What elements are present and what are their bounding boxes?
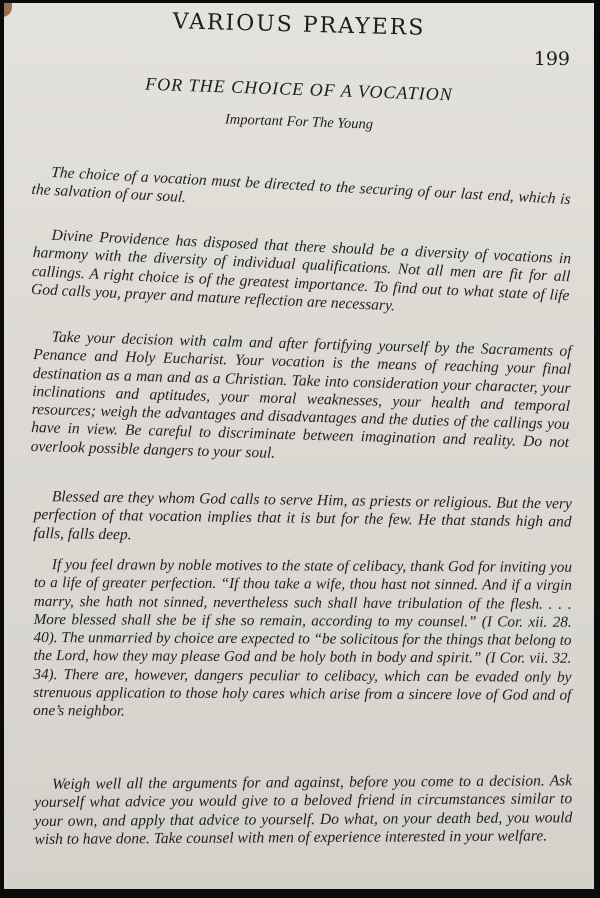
section-subtitle: Important For The Young: [4, 104, 594, 142]
paragraph-celibacy: If you feel drawn by noble motives to th…: [33, 556, 572, 723]
paragraph-divine-providence: Divine Providence has disposed that ther…: [31, 226, 572, 324]
section-title: FOR THE CHOICE OF A VOCATION: [4, 69, 594, 111]
paragraph-take-decision: Take your decision with calm and after f…: [30, 328, 571, 471]
page-number: 199: [534, 48, 570, 70]
paragraph-text: If you feel drawn by noble motives to th…: [33, 556, 572, 723]
paragraph-weigh-well: Weigh well all the arguments for and aga…: [34, 772, 572, 849]
paragraph-text: Divine Providence has disposed that ther…: [31, 226, 572, 324]
running-head: VARIOUS PRAYERS: [4, 5, 594, 45]
book-page: VARIOUS PRAYERS 199 FOR THE CHOICE OF A …: [4, 3, 594, 889]
paragraph-last-end: The choice of a vocation must be directe…: [31, 163, 571, 228]
paragraph-text: The choice of a vocation must be directe…: [31, 163, 571, 228]
paragraph-text: Take your decision with calm and after f…: [30, 328, 571, 471]
paragraph-text: Weigh well all the arguments for and aga…: [34, 772, 572, 849]
paragraph-text: Blessed are they whom God calls to serve…: [33, 488, 572, 550]
paragraph-blessed: Blessed are they whom God calls to serve…: [33, 488, 572, 550]
